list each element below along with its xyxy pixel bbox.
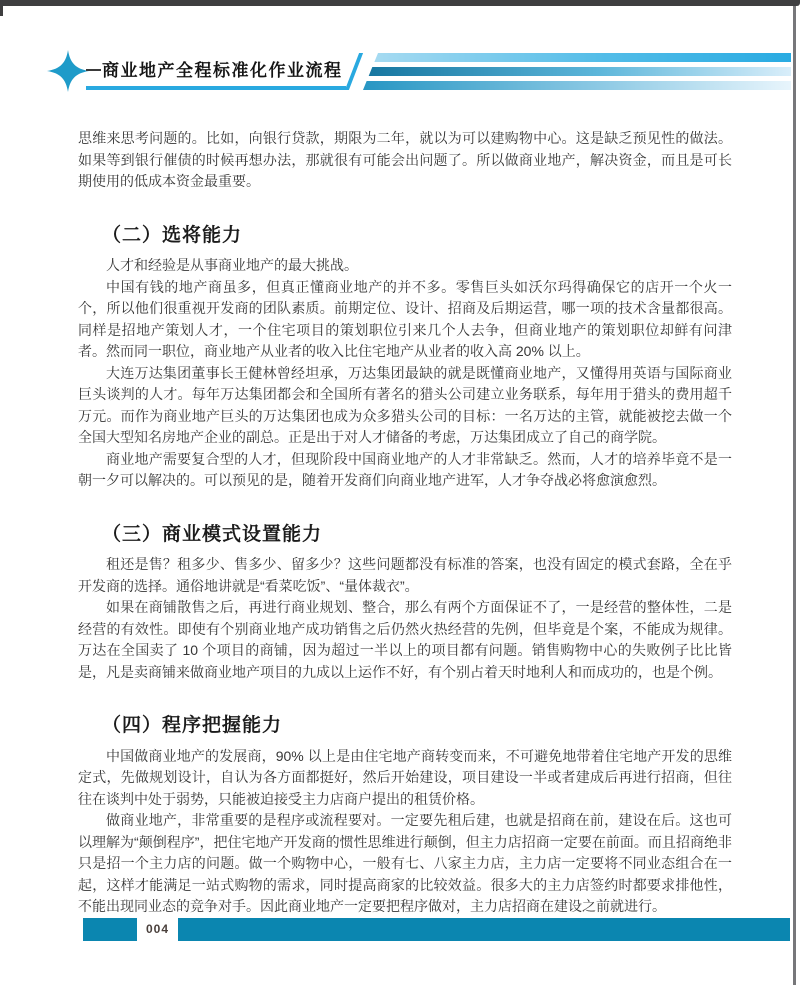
document-page: 商业地产全程标准化作业流程 思维来思考问题的。比如，向银行贷款，期限为二年，就以… bbox=[0, 0, 800, 985]
header-slash-divider bbox=[345, 53, 363, 90]
four-pointed-star-icon bbox=[46, 49, 90, 93]
page-number: 004 bbox=[146, 922, 169, 936]
paragraph: 大连万达集团董事长王健林曾经坦承，万达集团最缺的就是既懂商业地产，又懂得用英语与… bbox=[78, 363, 732, 449]
header-rule-line bbox=[86, 69, 101, 71]
paragraph: 如果在商铺散售之后，再进行商业规划、整合，那么有两个方面保证不了，一是经营的整体… bbox=[78, 597, 732, 683]
header-stripe-top bbox=[363, 53, 791, 62]
scan-top-border bbox=[0, 0, 800, 6]
scan-right-border bbox=[793, 6, 796, 985]
paragraph: 做商业地产，非常重要的是程序或流程要对。一定要先租后建，也就是招商在前，建设在后… bbox=[78, 810, 732, 918]
section-heading-4: （四）程序把握能力 bbox=[102, 715, 732, 737]
page-title: 商业地产全程标准化作业流程 bbox=[102, 56, 343, 81]
scan-left-border bbox=[0, 0, 3, 16]
paragraph: 中国有钱的地产商虽多，但真正懂商业地产的并不多。零售巨头如沃尔玛得确保它的店开一… bbox=[78, 277, 732, 363]
paragraph: 商业地产需要复合型的人才，但现阶段中国商业地产的人才非常缺乏。然而，人才的培养毕… bbox=[78, 449, 732, 492]
header-stripe-bottom bbox=[363, 81, 791, 90]
section-heading-2: （二）选将能力 bbox=[102, 225, 732, 247]
title-underline bbox=[86, 86, 346, 90]
paragraph: 人才和经验是从事商业地产的最大挑战。 bbox=[78, 255, 732, 277]
header-stripes bbox=[363, 53, 791, 90]
paragraph: 中国做商业地产的发展商，90% 以上是由住宅地产商转变而来，不可避免地带着住宅地… bbox=[78, 746, 732, 811]
footer-accent-block bbox=[83, 918, 137, 941]
section-heading-3: （三）商业模式设置能力 bbox=[102, 524, 732, 546]
intro-paragraph: 思维来思考问题的。比如，向银行贷款，期限为二年，就以为可以建购物中心。这是缺乏预… bbox=[78, 128, 732, 193]
header-stripe-middle bbox=[363, 67, 791, 76]
page-content: 思维来思考问题的。比如，向银行贷款，期限为二年，就以为可以建购物中心。这是缺乏预… bbox=[78, 128, 732, 918]
footer-bar bbox=[178, 918, 790, 941]
paragraph: 租还是售？租多少、售多少、留多少？这些问题都没有标准的答案，也没有固定的模式套路… bbox=[78, 554, 732, 597]
